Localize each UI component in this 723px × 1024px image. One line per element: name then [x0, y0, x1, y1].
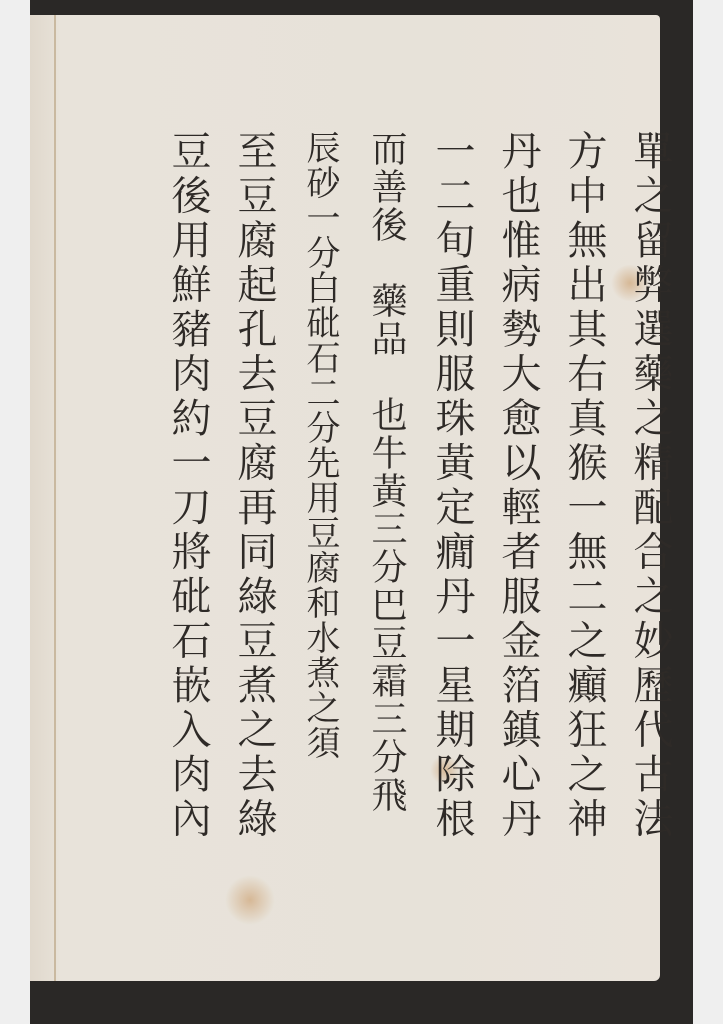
binding-fold-line [54, 15, 56, 981]
text-column-2: 方中無出其右真猴一無二之癲狂之神 [551, 130, 617, 920]
text-column-7: 至豆腐起孔去豆腐再同綠豆煮之去綠 [221, 130, 287, 920]
text-column-3: 丹也惟病勢大愈以輕者服金箔鎮心丹 [485, 130, 551, 920]
text-column-8: 豆後用鮮豬肉約一刀將砒石嵌入肉內 [155, 130, 221, 920]
text-column-1: 單之留弊選藥之精配合之妙歷代古法 [617, 130, 683, 920]
text-column-5: 而善後 藥品 也牛黃三分巴豆霜三分飛 [353, 130, 419, 920]
text-columns: 單之留弊選藥之精配合之妙歷代古法 方中無出其右真猴一無二之癲狂之神 丹也惟病勢大… [155, 130, 683, 930]
text-column-6: 辰砂一分白砒石二分先用豆腐和水煮之須 [287, 130, 353, 920]
text-column-4: 一二旬重則服珠黃定癇丹一星期除根 [419, 130, 485, 920]
